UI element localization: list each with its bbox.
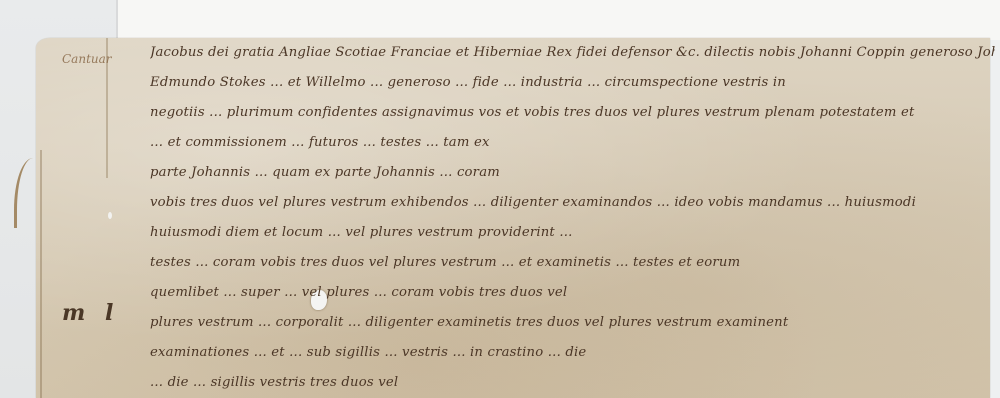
margin-mark: m l (62, 300, 119, 326)
manuscript-line: quemlibet ... super ... vel plures ... c… (150, 278, 995, 308)
parchment-edge (40, 150, 42, 398)
manuscript-line: ... die ... sigillis vestris tres duos v… (150, 368, 995, 398)
manuscript-line: Jacobus dei gratia Angliae Scotiae Franc… (150, 38, 995, 68)
manuscript-line: vobis tres duos vel plures vestrum exhib… (150, 188, 995, 218)
manuscript-line: testes ... coram vobis tres duos vel plu… (150, 248, 995, 278)
manuscript-text: Jacobus dei gratia Angliae Scotiae Franc… (150, 38, 995, 398)
margin-annotation: Cantuar (62, 52, 112, 66)
parchment-small-hole (108, 212, 112, 219)
manuscript-line: negotiis ... plurimum confidentes assign… (150, 98, 995, 128)
manuscript-line: parte Johannis ... quam ex parte Johanni… (150, 158, 995, 188)
manuscript-line: huiusmodi diem et locum ... vel plures v… (150, 218, 995, 248)
manuscript-line: ... et commissionem ... futuros ... test… (150, 128, 995, 158)
background-top (118, 0, 1000, 40)
background-edge (116, 0, 118, 40)
manuscript-line: examinationes ... et ... sub sigillis ..… (150, 338, 995, 368)
manuscript-line: Edmundo Stokes ... et Willelmo ... gener… (150, 68, 995, 98)
manuscript-line: plures vestrum ... corporalit ... dilige… (150, 308, 995, 338)
